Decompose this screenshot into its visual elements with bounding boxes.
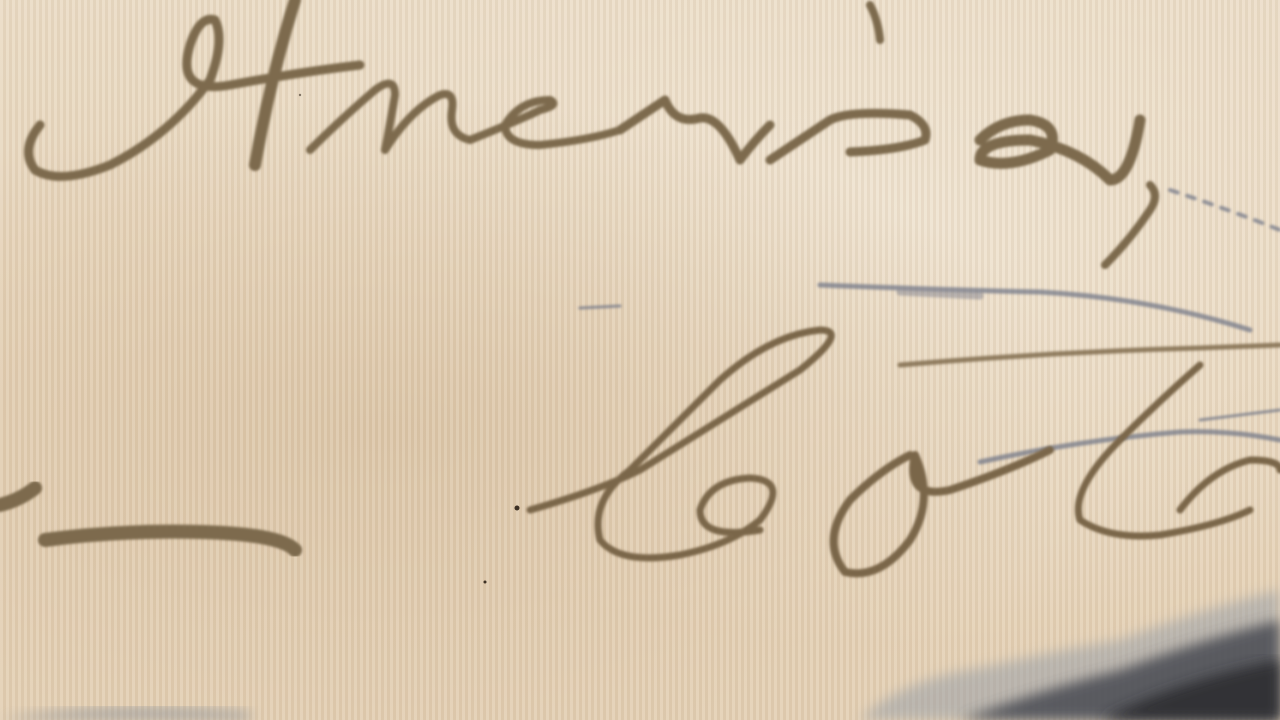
blue-wash-strokes bbox=[580, 190, 1280, 462]
paper-specks bbox=[299, 94, 520, 584]
manuscript-photo: America, Cole bbox=[0, 0, 1280, 720]
handwriting-america bbox=[29, 0, 1155, 265]
handwriting-cole bbox=[530, 330, 1280, 573]
handwriting-dash bbox=[0, 488, 295, 550]
ink-drawing bbox=[0, 0, 1280, 720]
dark-wash bbox=[0, 590, 1280, 720]
